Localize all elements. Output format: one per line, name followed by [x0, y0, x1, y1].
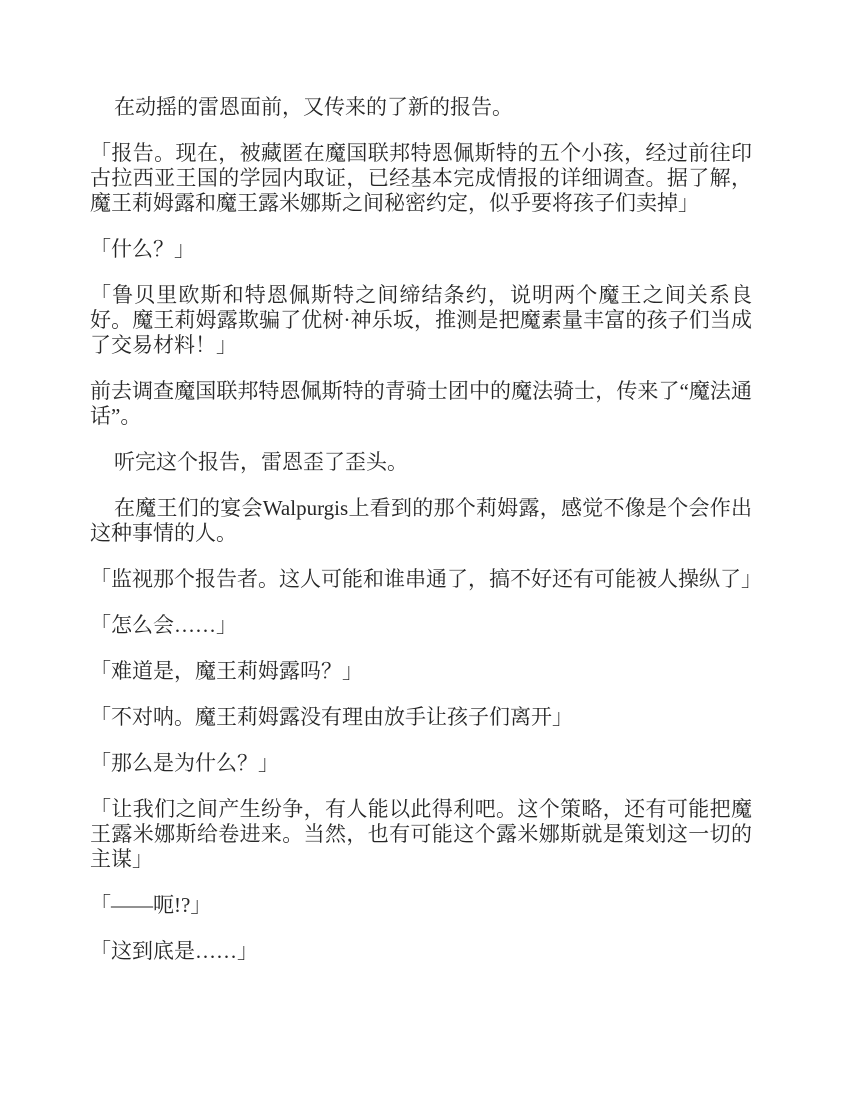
novel-page: 在动摇的雷恩面前，又传来的了新的报告。「报告。现在，被藏匿在魔国联邦特恩佩斯特的…	[0, 0, 850, 1100]
dialogue-paragraph: 「——呃!?」	[90, 893, 752, 918]
narration-paragraph: 前去调查魔国联邦特恩佩斯特的青骑士团中的魔法骑士，传来了“魔法通话”。	[90, 379, 752, 429]
dialogue-paragraph: 「怎么会……」	[90, 613, 752, 638]
dialogue-paragraph: 「什么？」	[90, 237, 752, 262]
dialogue-paragraph: 「监视那个报告者。这人可能和谁串通了，搞不好还有可能被人操纵了」	[90, 567, 752, 592]
dialogue-paragraph: 「那么是为什么？」	[90, 751, 752, 776]
dialogue-paragraph: 「这到底是……」	[90, 939, 752, 964]
narration-paragraph: 听完这个报告，雷恩歪了歪头。	[90, 450, 752, 475]
dialogue-paragraph: 「鲁贝里欧斯和特恩佩斯特之间缔结条约，说明两个魔王之间关系良好。魔王莉姆露欺骗了…	[90, 283, 752, 358]
dialogue-paragraph: 「报告。现在，被藏匿在魔国联邦特恩佩斯特的五个小孩，经过前往印古拉西亚王国的学园…	[90, 141, 752, 216]
dialogue-paragraph: 「让我们之间产生纷争，有人能以此得利吧。这个策略，还有可能把魔王露米娜斯给卷进来…	[90, 797, 752, 872]
narration-paragraph: 在魔王们的宴会Walpurgis上看到的那个莉姆露，感觉不像是个会作出这种事情的…	[90, 496, 752, 546]
narration-paragraph: 在动摇的雷恩面前，又传来的了新的报告。	[90, 95, 752, 120]
dialogue-paragraph: 「难道是，魔王莉姆露吗？」	[90, 659, 752, 684]
dialogue-paragraph: 「不对呐。魔王莉姆露没有理由放手让孩子们离开」	[90, 705, 752, 730]
novel-text-column: 在动摇的雷恩面前，又传来的了新的报告。「报告。现在，被藏匿在魔国联邦特恩佩斯特的…	[90, 95, 752, 985]
